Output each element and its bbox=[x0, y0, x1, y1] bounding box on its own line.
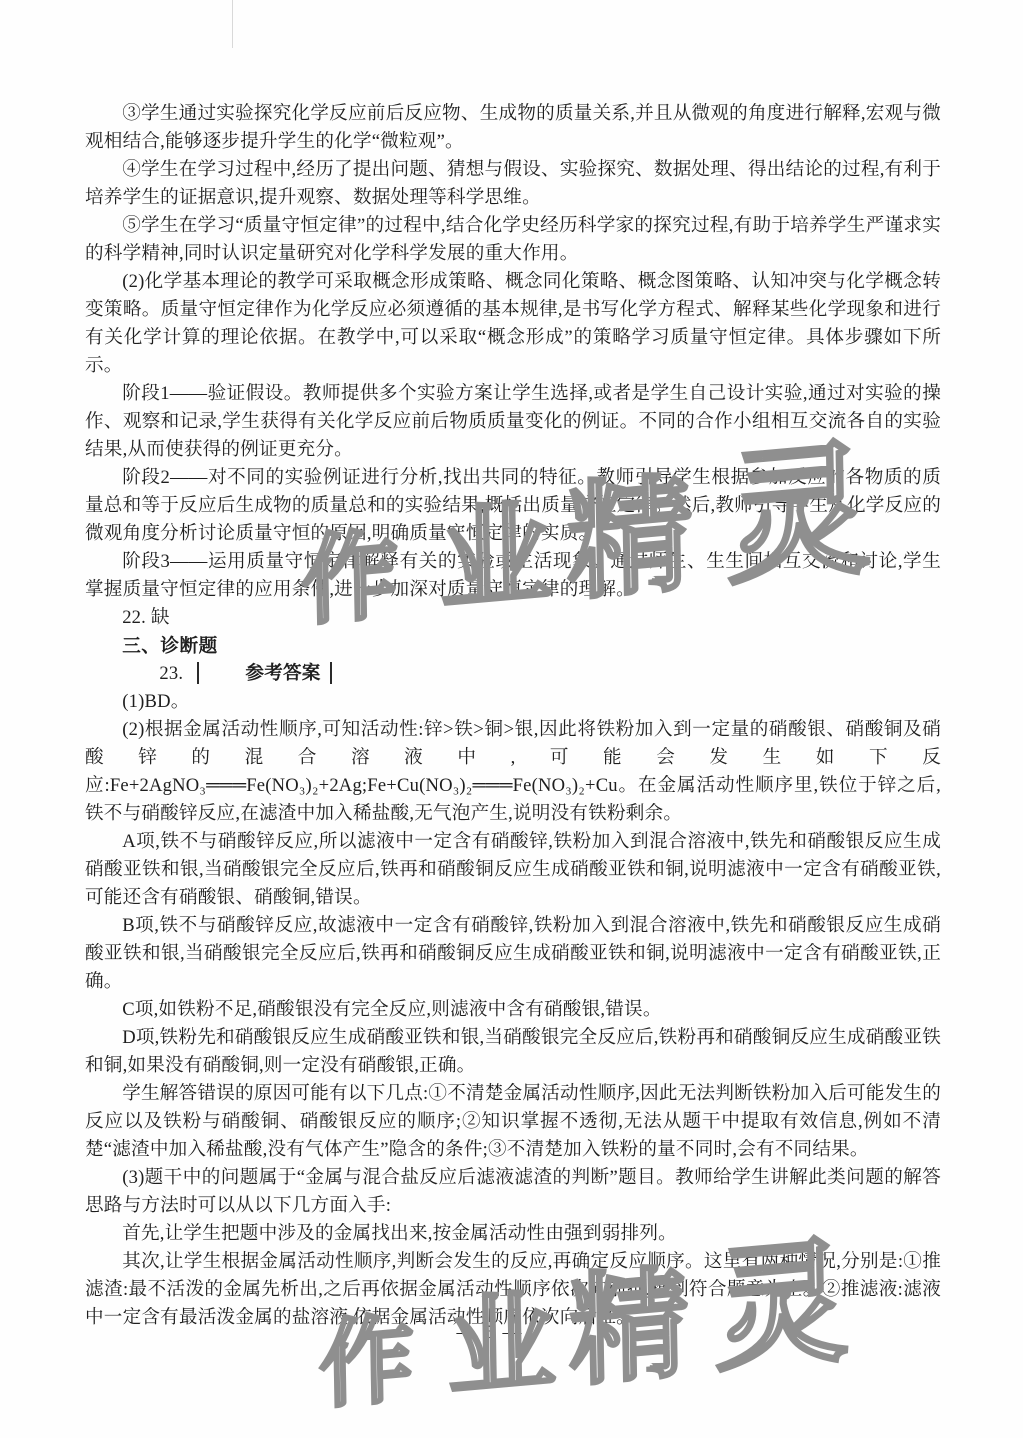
analysis-option-b: B项,铁不与硝酸锌反应,故滤液中一定含有硝酸锌,铁粉加入到混合溶液中,铁先和硝酸… bbox=[85, 912, 941, 996]
analysis-option-c: C项,如铁粉不足,硝酸银没有完全反应,则滤液中含有硝酸银,错误。 bbox=[85, 996, 941, 1024]
scan-artifact-line bbox=[232, 0, 233, 48]
item-22-missing: 22. 缺 bbox=[85, 604, 941, 632]
reference-answer-badge: 参考答案 bbox=[197, 662, 331, 684]
paragraph-stage2: 阶段2——对不同的实验例证进行分析,找出共同的特征。教师引导学生根据参加反应的各… bbox=[85, 464, 941, 548]
paragraph-error-reasons: 学生解答错误的原因可能有以下几点:①不清楚金属活动性顺序,因此无法判断铁粉加入后… bbox=[85, 1080, 941, 1164]
document-text-column: ③学生通过实验探究化学反应前后反应物、生成物的质量关系,并且从微观的角度进行解释… bbox=[85, 100, 941, 1332]
paragraph-point3: ③学生通过实验探究化学反应前后反应物、生成物的质量关系,并且从微观的角度进行解释… bbox=[85, 100, 941, 156]
scanned-document-page: ③学生通过实验探究化学反应前后反应物、生成物的质量关系,并且从微观的角度进行解释… bbox=[0, 0, 1023, 1438]
item-23-reference-answer-line: 23.参考答案 bbox=[85, 660, 941, 688]
paragraph-second-step: 其次,让学生根据金属活动性顺序,判断会发生的反应,再确定反应顺序。这里有两种情况… bbox=[85, 1248, 941, 1332]
paragraph-stage3: 阶段3——运用质量守恒定律解释有关的实验或生活现象。通过师生、生生间相互交流和讨… bbox=[85, 548, 941, 604]
answer-part1: (1)BD。 bbox=[85, 688, 941, 716]
paragraph-answer2-strategy: (2)化学基本理论的教学可采取概念形成策略、概念同化策略、概念图策略、认知冲突与… bbox=[85, 268, 941, 380]
question-number: 23. bbox=[122, 660, 183, 688]
section-heading-diagnosis: 三、诊断题 bbox=[85, 632, 941, 660]
answer-part2-equation: (2)根据金属活动性顺序,可知活动性:锌>铁>铜>银,因此将铁粉加入到一定量的硝… bbox=[85, 716, 941, 828]
analysis-option-d: D项,铁粉先和硝酸银反应生成硝酸亚铁和银,当硝酸银完全反应后,铁粉再和硝酸铜反应… bbox=[85, 1024, 941, 1080]
page-number: — 5 — bbox=[0, 1322, 980, 1344]
paragraph-stage1: 阶段1——验证假设。教师提供多个实验方案让学生选择,或者是学生自己设计实验,通过… bbox=[85, 380, 941, 464]
analysis-option-a: A项,铁不与硝酸锌反应,所以滤液中一定含有硝酸锌,铁粉加入到混合溶液中,铁先和硝… bbox=[85, 828, 941, 912]
paragraph-point4: ④学生在学习过程中,经历了提出问题、猜想与假设、实验探究、数据处理、得出结论的过… bbox=[85, 156, 941, 212]
answer-part3-intro: (3)题干中的问题属于“金属与混合盐反应后滤液滤渣的判断”题目。教师给学生讲解此… bbox=[85, 1164, 941, 1220]
paragraph-first-step: 首先,让学生把题中涉及的金属找出来,按金属活动性由强到弱排列。 bbox=[85, 1220, 941, 1248]
paragraph-point5: ⑤学生在学习“质量守恒定律”的过程中,结合化学史经历科学家的探究过程,有助于培养… bbox=[85, 212, 941, 268]
